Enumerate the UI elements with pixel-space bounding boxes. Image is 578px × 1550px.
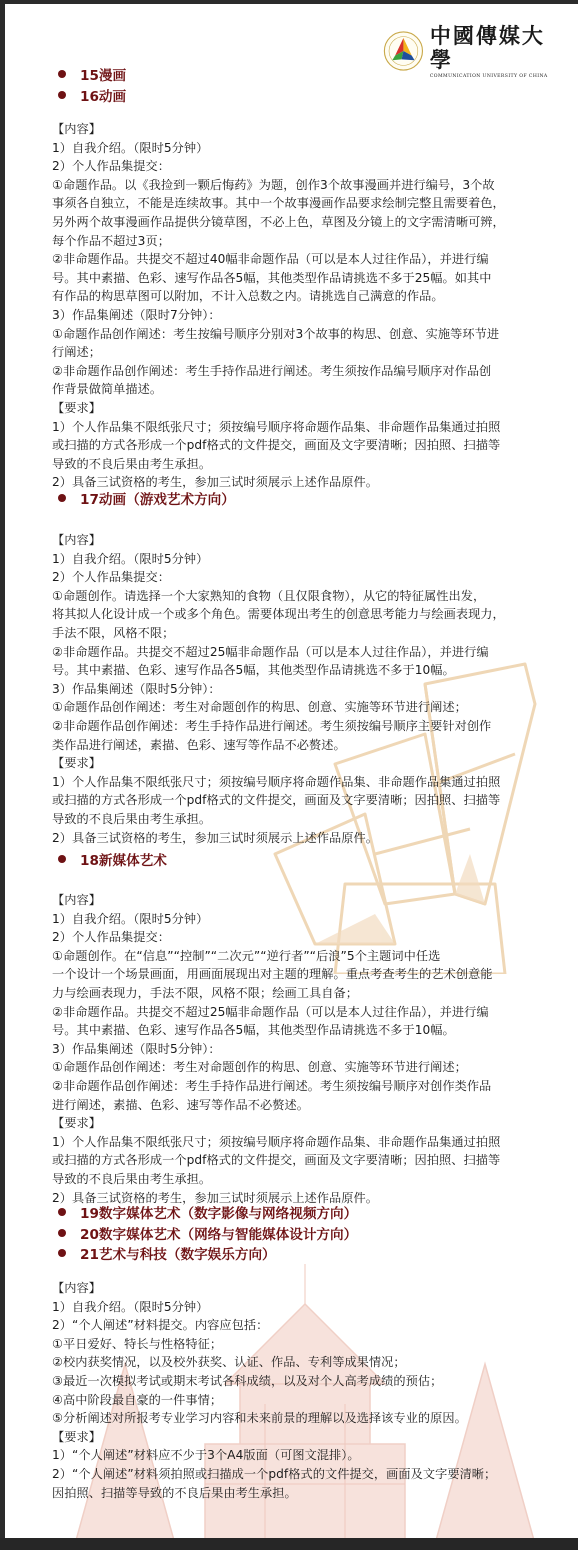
logo-chinese-name: 中國傳媒大學 [430, 24, 558, 72]
body-line: ②非命题作品创作阐述：考生手持作品进行阐述。考生须按作品编号顺序对作品创 [52, 362, 542, 381]
body-line: 1）个人作品集不限纸张尺寸；须按编号顺序将命题作品集、非命题作品集通过拍照 [52, 773, 542, 792]
body-line: 导致的不良后果由考生承担。 [52, 455, 542, 474]
section-heading: 20数字媒体艺术（网络与智能媒体设计方向） [52, 1223, 357, 1244]
body-line: ①命题作品创作阐述：考生对命题创作的构思、创意、实施等环节进行阐述； [52, 698, 542, 717]
body-line: 手法不限，风格不限； [52, 624, 542, 643]
section-body: 【内容】 1）自我介绍。（限时5分钟） 2）“个人阐述”材料提交。内容应包括： … [52, 1279, 542, 1502]
body-line: 1）自我介绍。（限时5分钟） [52, 910, 542, 929]
body-line: 事须各自独立，不能是连续故事。其中一个故事漫画作品要求绘制完整且需要着色， [52, 194, 542, 213]
body-line: 有作品的构思草图可以附加，不计入总数之内。请挑选自己满意的作品。 [52, 287, 542, 306]
body-line: ②校内获奖情况，以及校外获奖、认证、作品、专利等成果情况； [52, 1353, 542, 1372]
body-line: 【要求】 [52, 1114, 542, 1133]
body-line: ②非命题作品创作阐述：考生手持作品进行阐述。考生须按编号顺序对创作类作品 [52, 1077, 542, 1096]
body-line: 1）自我介绍。（限时5分钟） [52, 550, 542, 569]
section-heading: 16动画 [52, 85, 126, 106]
section-heading: 21艺术与科技（数字娱乐方向） [52, 1243, 357, 1264]
section-heading-group: 18新媒体艺术 [52, 849, 167, 870]
body-line: 进行阐述，素描、色彩、速写等作品不必赘述。 [52, 1096, 542, 1115]
body-line: 另外两个故事漫画作品提供分镜草图，不必上色，草图及分镜上的文字需清晰可辨， [52, 213, 542, 232]
body-line: ①命题作品创作阐述：考生对命题创作的构思、创意、实施等环节进行阐述； [52, 1058, 542, 1077]
bullet-icon [58, 1249, 66, 1257]
body-line: 【内容】 [52, 120, 542, 139]
body-line: 3）作品集阐述（限时5分钟）： [52, 1040, 542, 1059]
body-line: 行阐述； [52, 343, 542, 362]
body-line: ③最近一次模拟考试或期末考试各科成绩，以及对个人高考成绩的预估； [52, 1372, 542, 1391]
body-line: 2）个人作品集提交： [52, 157, 542, 176]
bullet-icon [58, 855, 66, 863]
body-line: ①命题作品。以《我捡到一颗后悔药》为题，创作3个故事漫画并进行编号，3个故 [52, 176, 542, 195]
section-body: 【内容】 1）自我介绍。（限时5分钟） 2）个人作品集提交： ①命题作品。以《我… [52, 120, 542, 492]
section-body: 【内容】 1）自我介绍。（限时5分钟） 2）个人作品集提交： ①命题创作。请选择… [52, 531, 542, 847]
section-heading: 17动画（游戏艺术方向） [52, 488, 235, 509]
body-line: 或扫描的方式各形成一个pdf格式的文件提交，画面及文字要清晰；因拍照、扫描等 [52, 791, 542, 810]
university-logo: 中國傳媒大學 COMMUNICATION UNIVERSITY OF CHINA [383, 26, 558, 76]
body-line: 每个作品不超过3页； [52, 232, 542, 251]
body-line: 号。其中素描、色彩、速写作品各5幅，其他类型作品请挑选不多于10幅。 [52, 661, 542, 680]
section-heading-group: 19数字媒体艺术（数字影像与网络视频方向） 20数字媒体艺术（网络与智能媒体设计… [52, 1202, 357, 1264]
section-heading: 15漫画 [52, 64, 126, 85]
body-line: 2）“个人阐述”材料须拍照或扫描成一个pdf格式的文件提交，画面及文字要清晰； [52, 1465, 542, 1484]
body-line: ①平日爱好、特长与性格特征； [52, 1335, 542, 1354]
body-line: 1）“个人阐述”材料应不少于3个A4版面（可图文混排）。 [52, 1446, 542, 1465]
body-line: 或扫描的方式各形成一个pdf格式的文件提交，画面及文字要清晰；因拍照、扫描等 [52, 436, 542, 455]
bullet-icon [58, 494, 66, 502]
document-page: 中國傳媒大學 COMMUNICATION UNIVERSITY OF CHINA… [5, 4, 578, 1538]
bullet-icon [58, 91, 66, 99]
section-body: 【内容】 1）自我介绍。（限时5分钟） 2）个人作品集提交： ①命题创作。在“信… [52, 891, 542, 1207]
body-line: 号。其中素描、色彩、速写作品各5幅，其他类型作品请挑选不多于25幅。如其中 [52, 269, 542, 288]
body-line: 【要求】 [52, 754, 542, 773]
body-line: 力与绘画表现力，手法不限，风格不限；绘画工具自备； [52, 984, 542, 1003]
body-line: 2）“个人阐述”材料提交。内容应包括： [52, 1316, 542, 1335]
body-line: 【内容】 [52, 531, 542, 550]
body-line: 1）个人作品集不限纸张尺寸；须按编号顺序将命题作品集、非命题作品集通过拍照 [52, 1133, 542, 1152]
body-line: ④高中阶段最自豪的一件事情； [52, 1391, 542, 1410]
body-line: 因拍照、扫描等导致的不良后果由考生承担。 [52, 1484, 542, 1503]
bullet-icon [58, 70, 66, 78]
logo-english-name: COMMUNICATION UNIVERSITY OF CHINA [430, 74, 558, 79]
body-line: ①命题创作。在“信息”“控制”“二次元”“逆行者”“后浪”5个主题词中任选 [52, 947, 542, 966]
body-line: 1）自我介绍。（限时5分钟） [52, 139, 542, 158]
body-line: 【内容】 [52, 891, 542, 910]
bullet-icon [58, 1229, 66, 1237]
body-line: 作背景做简单描述。 [52, 380, 542, 399]
body-line: 号。其中素描、色彩、速写作品各5幅，其他类型作品请挑选不多于10幅。 [52, 1021, 542, 1040]
body-line: 将其拟人化设计成一个或多个角色。需要体现出考生的创意思考能力与绘画表现力， [52, 605, 542, 624]
body-line: 或扫描的方式各形成一个pdf格式的文件提交，画面及文字要清晰；因拍照、扫描等 [52, 1151, 542, 1170]
body-line: ②非命题作品创作阐述：考生手持作品进行阐述。考生须按编号顺序主要针对创作 [52, 717, 542, 736]
viewer-bottom-bar [0, 1538, 578, 1550]
section-heading: 18新媒体艺术 [52, 849, 167, 870]
section-heading-group: 17动画（游戏艺术方向） [52, 488, 235, 509]
body-line: 【要求】 [52, 1428, 542, 1447]
body-line: 3）作品集阐述（限时5分钟）： [52, 680, 542, 699]
body-line: 【内容】 [52, 1279, 542, 1298]
body-line: 2）个人作品集提交： [52, 568, 542, 587]
body-line: ①命题创作。请选择一个大家熟知的食物（且仅限食物），从它的特征属性出发， [52, 587, 542, 606]
section-heading: 19数字媒体艺术（数字影像与网络视频方向） [52, 1202, 357, 1223]
body-line: 1）自我介绍。（限时5分钟） [52, 1298, 542, 1317]
body-line: 3）作品集阐述（限时7分钟）： [52, 306, 542, 325]
body-line: 导致的不良后果由考生承担。 [52, 810, 542, 829]
body-line: 导致的不良后果由考生承担。 [52, 1170, 542, 1189]
body-line: ②非命题作品。共提交不超过25幅非命题作品（可以是本人过往作品），并进行编 [52, 643, 542, 662]
bullet-icon [58, 1208, 66, 1216]
body-line: 一个设计一个场景画面，用画面展现出对主题的理解。重点考查考生的艺术创意能 [52, 965, 542, 984]
body-line: 1）个人作品集不限纸张尺寸；须按编号顺序将命题作品集、非命题作品集通过拍照 [52, 418, 542, 437]
body-line: 2）具备三试资格的考生，参加三试时须展示上述作品原件。 [52, 829, 542, 848]
section-heading-group: 15漫画 16动画 [52, 64, 126, 105]
body-line: 【要求】 [52, 399, 542, 418]
body-line: ⑤分析阐述对所报考专业学习内容和未来前景的理解以及选择该专业的原因。 [52, 1409, 542, 1428]
body-line: ②非命题作品。共提交不超过25幅非命题作品（可以是本人过往作品），并进行编 [52, 1003, 542, 1022]
body-line: 2）个人作品集提交： [52, 928, 542, 947]
university-emblem-icon [383, 29, 424, 73]
body-line: ②非命题作品。共提交不超过40幅非命题作品（可以是本人过往作品），并进行编 [52, 250, 542, 269]
body-line: ①命题作品创作阐述：考生按编号顺序分别对3个故事的构思、创意、实施等环节进 [52, 325, 542, 344]
body-line: 类作品进行阐述，素描、色彩、速写等作品不必赘述。 [52, 736, 542, 755]
